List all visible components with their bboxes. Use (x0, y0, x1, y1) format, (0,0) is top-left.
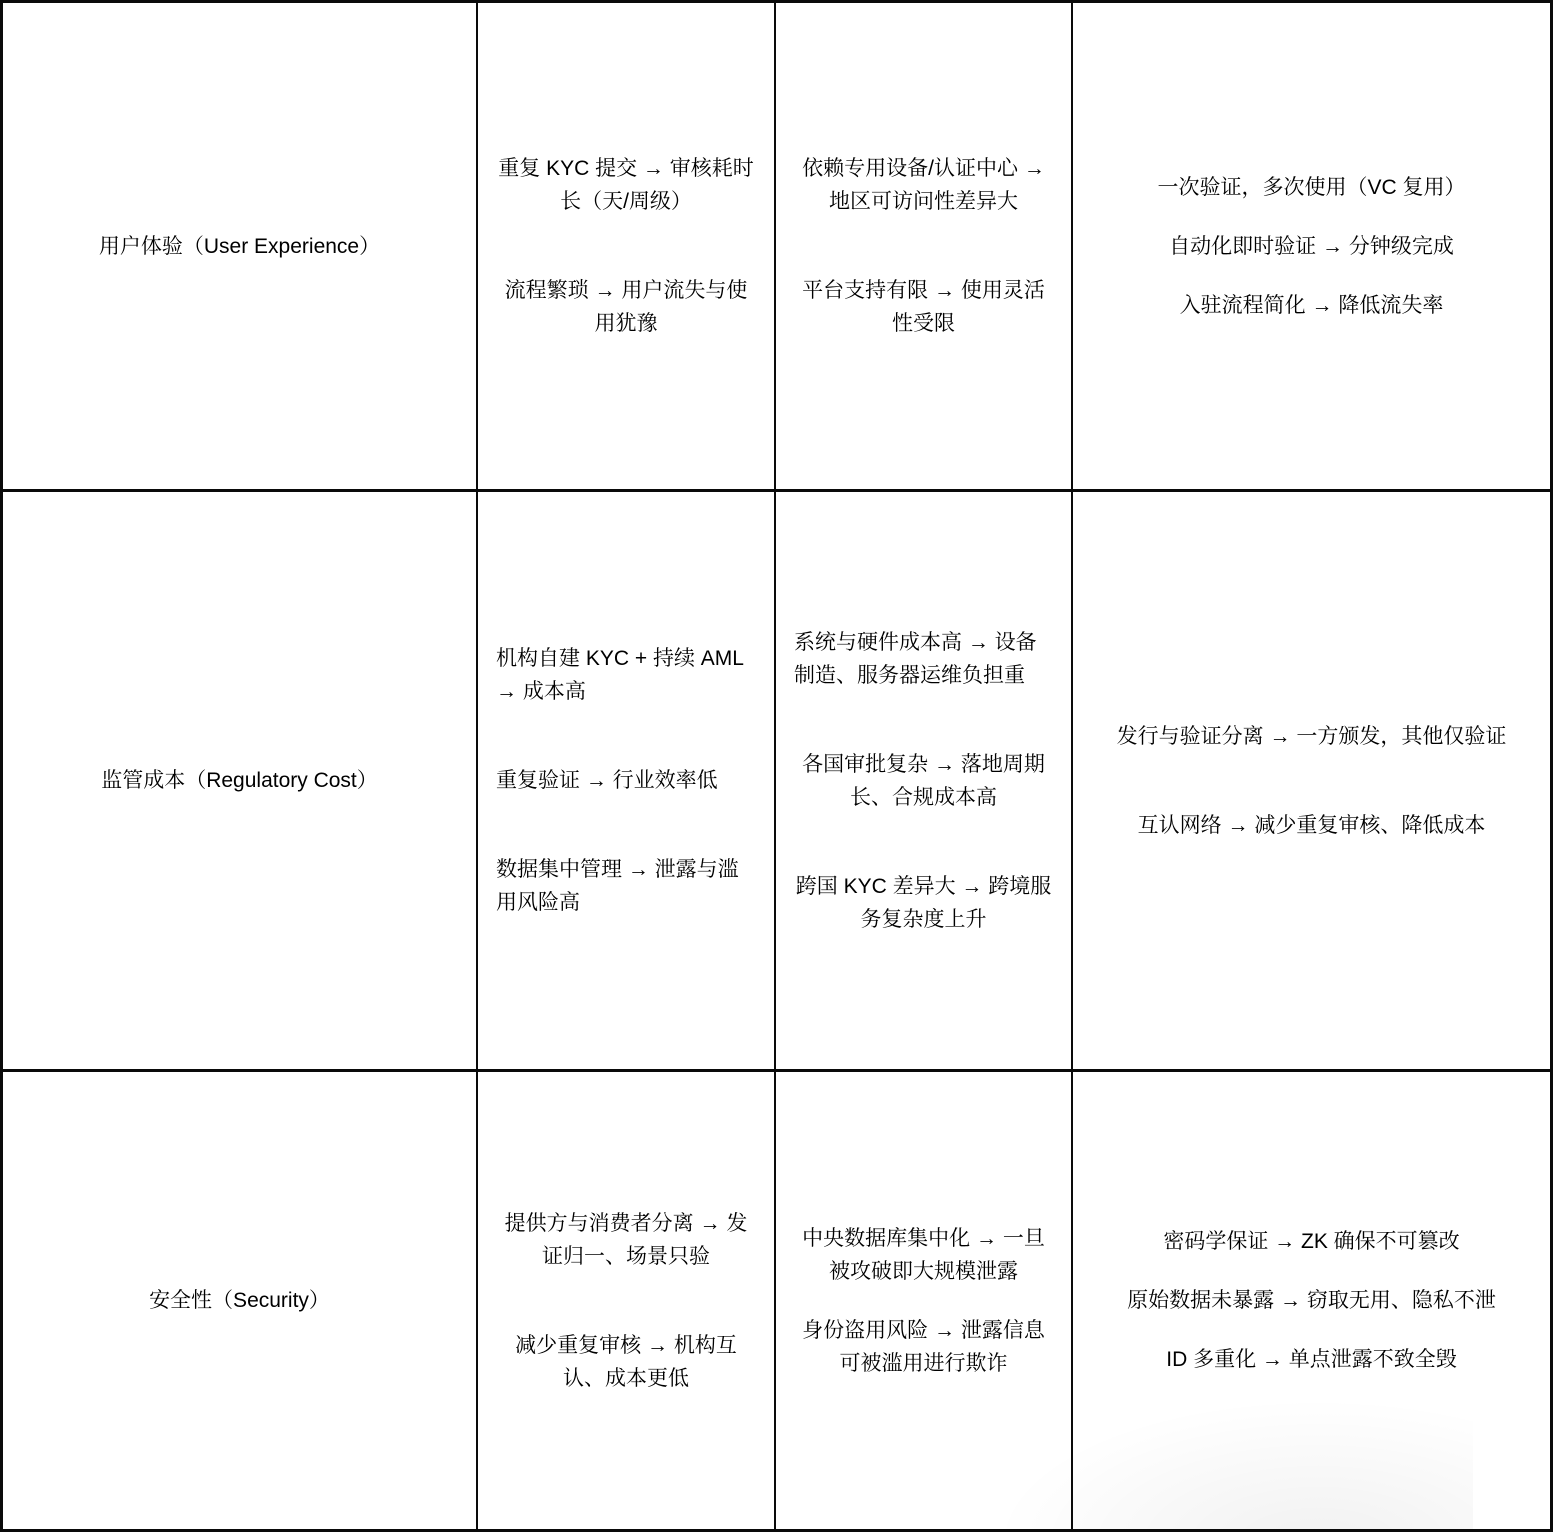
cell-paragraph: 跨国 KYC 差异大 → 跨境服务复杂度上升 (794, 870, 1053, 936)
cell-security-did: 密码学保证 → ZK 确保不可篡改 原始数据未暴露 → 窃取无用、隐私不泄 ID… (1073, 1072, 1550, 1529)
cell-paragraph: 系统与硬件成本高 → 设备制造、服务器运维负担重 (794, 626, 1053, 692)
cell-paragraph: 依赖专用设备/认证中心 → 地区可访问性差异大 (794, 152, 1053, 218)
cell-paragraph: 身份盗用风险 → 泄露信息可被滥用进行欺诈 (794, 1314, 1053, 1380)
comparison-table: 用户体验（User Experience） 重复 KYC 提交 → 审核耗时长（… (0, 0, 1553, 1532)
cell-cost-eid: 系统与硬件成本高 → 设备制造、服务器运维负担重 各国审批复杂 → 落地周期长、… (776, 492, 1073, 1072)
cell-cost-did: 发行与验证分离 → 一方颁发，其他仅验证 互认网络 → 减少重复审核、降低成本 (1073, 492, 1550, 1072)
cell-paragraph: 提供方与消费者分离 → 发证归一、场景只验 (496, 1207, 756, 1273)
cell-paragraph: 互认网络 → 减少重复审核、降低成本 (1087, 809, 1536, 842)
cell-ux-traditional-kyc: 重复 KYC 提交 → 审核耗时长（天/周级） 流程繁琐 → 用户流失与使用犹豫 (478, 3, 776, 492)
cell-paragraph: 流程繁琐 → 用户流失与使用犹豫 (496, 274, 756, 340)
row-label-user-experience: 用户体验（User Experience） (3, 3, 478, 492)
row-label-text: 安全性（Security） (149, 1284, 330, 1317)
cell-paragraph: 一次验证，多次使用（VC 复用） (1087, 171, 1536, 204)
cell-paragraph: 机构自建 KYC + 持续 AML → 成本高 (496, 642, 756, 708)
cell-paragraph: 减少重复审核 → 机构互认、成本更低 (496, 1329, 756, 1395)
cell-paragraph: 发行与验证分离 → 一方颁发，其他仅验证 (1087, 720, 1536, 753)
cell-ux-did: 一次验证，多次使用（VC 复用） 自动化即时验证 → 分钟级完成 入驻流程简化 … (1073, 3, 1550, 492)
cell-cost-traditional-kyc: 机构自建 KYC + 持续 AML → 成本高 重复验证 → 行业效率低 数据集… (478, 492, 776, 1072)
cell-security-traditional-kyc: 提供方与消费者分离 → 发证归一、场景只验 减少重复审核 → 机构互认、成本更低 (478, 1072, 776, 1529)
cell-paragraph: 自动化即时验证 → 分钟级完成 (1087, 230, 1536, 263)
cell-paragraph: 中央数据库集中化 → 一旦被攻破即大规模泄露 (794, 1222, 1053, 1288)
row-label-security: 安全性（Security） (3, 1072, 478, 1529)
cell-paragraph: 平台支持有限 → 使用灵活性受限 (794, 274, 1053, 340)
cell-paragraph: 各国审批复杂 → 落地周期长、合规成本高 (794, 748, 1053, 814)
document-page: 用户体验（User Experience） 重复 KYC 提交 → 审核耗时长（… (0, 0, 1553, 1532)
row-label-regulatory-cost: 监管成本（Regulatory Cost） (3, 492, 478, 1072)
cell-security-eid: 中央数据库集中化 → 一旦被攻破即大规模泄露 身份盗用风险 → 泄露信息可被滥用… (776, 1072, 1073, 1529)
row-label-text: 用户体验（User Experience） (99, 230, 380, 263)
cell-paragraph: 数据集中管理 → 泄露与滥用风险高 (496, 853, 756, 919)
cell-paragraph: 重复验证 → 行业效率低 (496, 764, 756, 797)
cell-paragraph: 入驻流程简化 → 降低流失率 (1087, 289, 1536, 322)
cell-ux-eid: 依赖专用设备/认证中心 → 地区可访问性差异大 平台支持有限 → 使用灵活性受限 (776, 3, 1073, 492)
cell-paragraph: 原始数据未暴露 → 窃取无用、隐私不泄 (1087, 1284, 1536, 1317)
cell-paragraph: 密码学保证 → ZK 确保不可篡改 (1087, 1225, 1536, 1258)
cell-paragraph: 重复 KYC 提交 → 审核耗时长（天/周级） (496, 152, 756, 218)
row-label-text: 监管成本（Regulatory Cost） (101, 764, 378, 797)
cell-paragraph: ID 多重化 → 单点泄露不致全毁 (1087, 1343, 1536, 1376)
